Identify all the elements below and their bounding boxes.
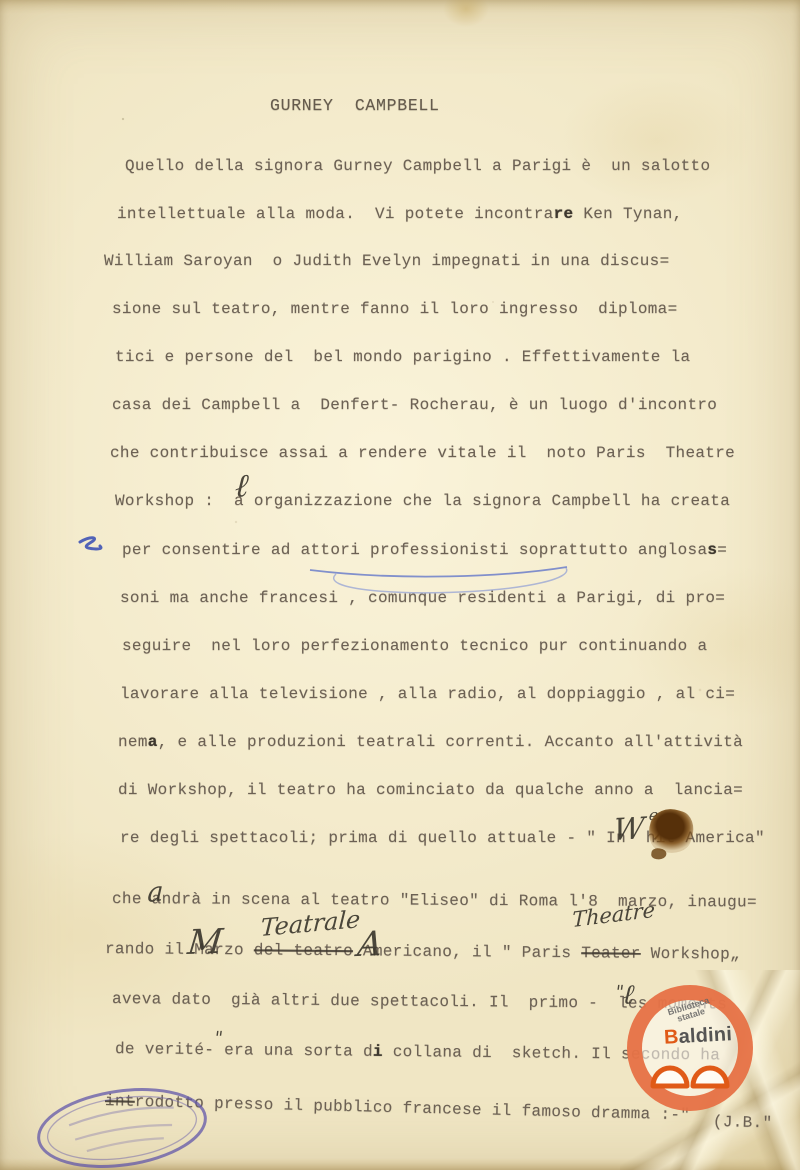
- typescript-line: nema, e alle produzioni teatrali corrent…: [118, 733, 743, 751]
- oval-ink-stamp: [22, 1078, 222, 1170]
- handwritten-mark: Teatrale: [260, 907, 361, 940]
- typescript-line: seguire nel loro perfezionamento tecnico…: [122, 637, 707, 655]
- page-title: GURNEY CAMPBELL: [270, 96, 440, 115]
- typescript-line: di Workshop, il teatro ha cominciato da …: [118, 781, 743, 799]
- typescript-line: che contribuisce assai a rendere vitale …: [110, 444, 735, 462]
- handwritten-mark: ℓ: [622, 981, 635, 1009]
- handwritten-mark: W: [612, 814, 645, 846]
- stain-top-edge: [434, 0, 498, 34]
- handwritten-mark: a: [147, 878, 164, 907]
- open-book-icon: [648, 1054, 732, 1090]
- typescript-line: per consentire ad attori professionisti …: [122, 541, 727, 559]
- handwritten-mark: M: [186, 925, 224, 960]
- typescript-line: che andrà in scena al teatro "Eliseo" di…: [112, 890, 757, 911]
- typescript-line: lavorare alla televisione , alla radio, …: [120, 685, 735, 703]
- typescript-line: aveva dato già altri due spettacoli. Il …: [112, 990, 727, 1013]
- margin-squiggle-mark: [80, 538, 101, 549]
- stamp-baldini-name: Baldini: [663, 1023, 732, 1050]
- typescript-line: Quello della signora Gurney Campbell a P…: [125, 157, 710, 175]
- typescript-line: Workshop : a organizzazione che la signo…: [115, 492, 730, 510]
- underline-loop-mark: [310, 567, 567, 577]
- handwritten-mark: ℓ: [234, 469, 250, 502]
- stamp-baldini-rest: aldini: [678, 1023, 733, 1048]
- stamp-baldini-initial: B: [663, 1026, 679, 1049]
- typescript-line: intellettuale alla moda. Vi potete incon…: [117, 205, 683, 223]
- handwritten-mark: A: [356, 927, 384, 962]
- typescript-line: William Saroyan o Judith Evelyn impegnat…: [104, 252, 670, 270]
- typescript-line: soni ma anche francesi , comunque reside…: [120, 589, 725, 607]
- typescript-line: casa dei Campbell a Denfert- Rocherau, è…: [112, 396, 717, 414]
- typescript-line: tici e persone del bel mondo parigino . …: [115, 348, 690, 366]
- baldini-library-stamp: Biblioteca statale Baldini: [627, 985, 753, 1111]
- typescript-line: sione sul teatro, mentre fanno il loro i…: [112, 300, 678, 318]
- typescript-page: GURNEY CAMPBELL Quello della signora Gur…: [0, 0, 800, 1170]
